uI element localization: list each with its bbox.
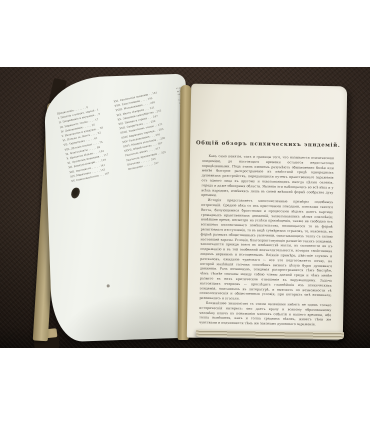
listing-image: Предисловіе . . . . . . . VI. Понятіе о … [0,0,370,423]
toc-column-1: Предисловіе . . . . . . . VI. Понятіе о … [57,101,124,184]
left-page: Предисловіе . . . . . . . VI. Понятіе о … [43,74,194,343]
body-paragraph: Ближайшее знакомство съ этими явленіями … [199,301,331,328]
paper-speck [107,284,110,287]
right-page-content: Общій обзоръ психическихъ эпидемій. Какъ… [187,84,347,341]
body-paragraph: Какъ само понятіе, такъ и границы того, … [201,154,334,200]
right-page: Общій обзоръ психическихъ эпидемій. Какъ… [187,84,347,341]
body-text: Какъ само понятіе, такъ и границы того, … [199,154,334,328]
book-photo: Предисловіе . . . . . . . VI. Понятіе о … [0,67,370,348]
chapter-heading: Общій обзоръ психическихъ эпидемій. [195,140,341,149]
body-paragraph: Исторія представляетъ многочисленные при… [199,198,333,303]
toc-columns: Предисловіе . . . . . . . VI. Понятіе о … [57,88,188,185]
toc-column-2: XVI. Скопческія эпидеміи . . 181XVII. Хл… [113,89,180,172]
table-of-contents: Предисловіе . . . . . . . VI. Понятіе о … [57,88,195,226]
